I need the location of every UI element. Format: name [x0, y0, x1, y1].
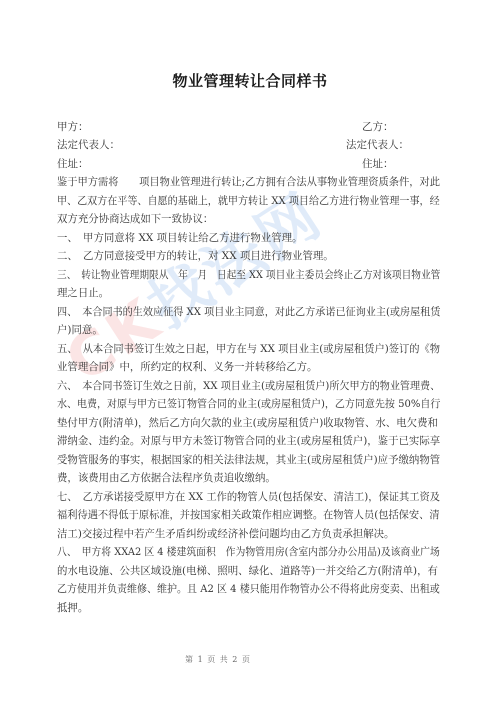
address-b-label: 住址： [362, 155, 394, 173]
clause-3: 三、 转让物业管理期限从 年 月 日起至 XX 项目业主委员会终止乙方对该项目物… [57, 266, 413, 285]
clause-6-cont: 滞纳金、违约金。对原与甲方未签订物管合同的业主(或房屋租赁户)，鉴于已实际享 [57, 432, 440, 451]
clause-8-cont: 抵押。 [57, 599, 440, 618]
clause-1: 一、 甲方同意将 XX 项目转让给乙方进行物业管理。 [57, 229, 440, 248]
clause-3-cont: 理之日止。 [57, 284, 440, 303]
page-number: 第 1 页 共 2 页 [0, 654, 436, 665]
clause-6-cont: 水、电费，对原与甲方已签订物管合同的业主(或房屋租赁户)，乙方同意先按 50%自… [57, 395, 425, 414]
body-line: 甲、乙双方在平等、自愿的基础上，就甲方转让 XX 项目给乙方进行物业管理一事，经 [57, 192, 427, 211]
contract-body: 鉴于甲方需将 项目物业管理进行转让;乙方拥有合法从事物业管理资质条件，对此 甲、… [57, 173, 443, 617]
clause-7-cont: 洁工)交接过程中若产生矛盾纠纷或经济补偿问题均由乙方负责承担解决。 [57, 525, 440, 544]
clause-8-cont: 的水电设施、公共区域设施(电梯、照明、绿化、道路等)一并交给乙方(附清单)，有 [57, 562, 440, 581]
address-row: 住址： 住址： [57, 155, 457, 173]
clause-7-cont: 福利待遇不得低于原标准，并按国家相关政策作相应调整。在物管人员(包括保安、清 [57, 506, 433, 525]
body-line: 鉴于甲方需将 项目物业管理进行转让;乙方拥有合法从事物业管理资质条件，对此 [57, 173, 434, 192]
clause-5-cont: 业管理合同》中，所约定的权利、义务一并转移给乙方。 [57, 358, 440, 377]
party-a-label: 甲方： [57, 118, 89, 136]
party-b-label: 乙方： [362, 118, 394, 136]
clause-8: 八、 甲方将 XXA2 区 4 楼建筑面积 作为物管用房(含室内部分办公用品)及… [57, 543, 418, 562]
clause-6: 六、 本合同书签订生效之日前，XX 项目业主(或房屋租赁户)所欠甲方的物业管理费… [57, 377, 428, 396]
clause-6-cont: 垫付甲方(附清单)，然后乙方向欠款的业主(或房屋租赁户)收取物管、水、电欠费和 [57, 414, 440, 433]
clause-4: 四、 本合同书的生效应征得 XX 项目业主同意，对此乙方承诺已征询业主(或房屋租… [57, 303, 428, 322]
clause-8-cont: 乙方使用并负责维修、维护。且 A2 区 4 楼只能用作物管办公不得将此房变卖、出… [57, 580, 425, 599]
rep-a-label: 法定代表人： [57, 136, 120, 154]
clause-6-cont: 受物管服务的事实，根据国家的相关法律法规，其业主(或房屋租赁户)应予缴纳物管 [57, 451, 440, 470]
document-title: 物业管理转让合同样书 [0, 70, 500, 91]
clause-5: 五、 从本合同书签订生效之日起，甲方在与 XX 项目业主(或房屋租赁户)签订的《… [57, 340, 434, 359]
clause-6-cont: 费，该费用由乙方依据合法程序负责追收缴纳。 [57, 469, 440, 488]
body-line: 双方充分协商达成如下一致协议： [57, 210, 440, 229]
clause-4-cont: 户)同意。 [57, 321, 440, 340]
rep-b-label: 法定代表人： [346, 136, 409, 154]
representative-row: 法定代表人： 法定代表人： [57, 136, 457, 154]
address-a-label: 住址： [57, 155, 89, 173]
clause-7: 七、 乙方承诺接受原甲方在 XX 工作的物管人员(包括保安、清洁工)，保证其工资… [57, 488, 434, 507]
clause-2: 二、 乙方同意接受甲方的转让，对 XX 项目进行物业管理。 [57, 247, 440, 266]
party-row: 甲方： 乙方： [57, 118, 457, 136]
document-page: CK找法网 物业管理转让合同样书 甲方： 乙方： 法定代表人： 法定代表人： 住… [0, 0, 500, 706]
